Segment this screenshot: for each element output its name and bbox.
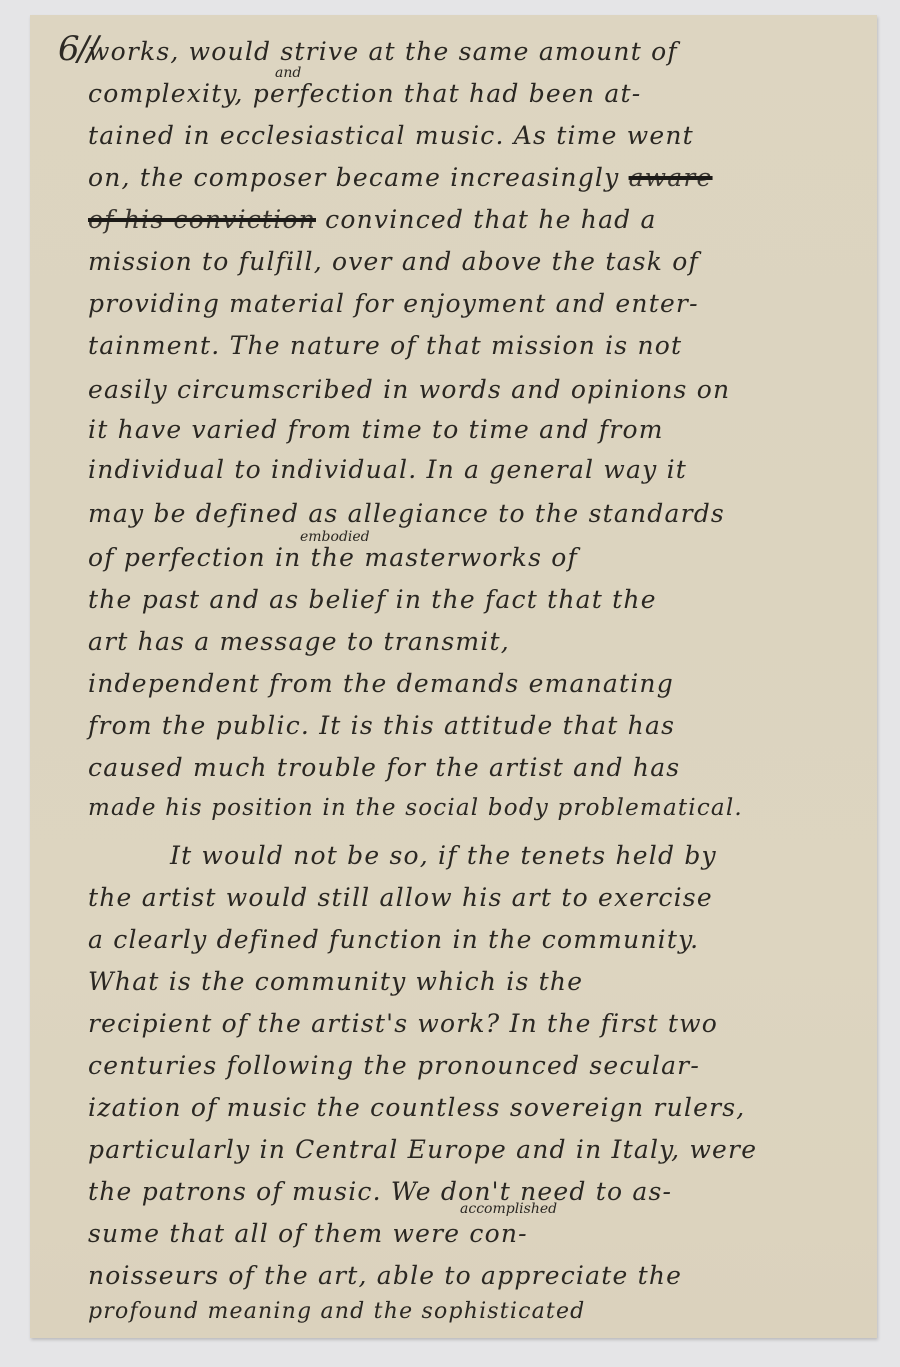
text-line: from the public. It is this attitude tha… [88,711,675,740]
text-line: made his position in the social body pro… [88,795,743,821]
text-line: recipient of the artist's work? In the f… [88,1009,718,1038]
line-text: complexity, perfection that had been at- [88,79,641,108]
line-text: on, the composer became increasingly [88,163,619,192]
text-line: individual to individual. In a general w… [88,455,687,484]
line-text: convinced that he had a [325,205,656,234]
manuscript-page: 6// works, would strive at the same amou… [30,15,877,1338]
text-line: noisseurs of the art, able to appreciate… [88,1261,682,1290]
text-line: What is the community which is the [88,967,583,996]
text-line: centuries following the pronounced secul… [88,1051,700,1080]
text-line: caused much trouble for the artist and h… [88,753,680,782]
deleted-phrase: of his conviction [88,205,316,234]
text-line: sume that all of them were con- [88,1219,528,1248]
text-line: the past and as belief in the fact that … [88,585,657,614]
text-line: complexity, perfection that had been at- [88,79,641,108]
text-line: art has a message to transmit, [88,627,510,656]
text-line: tained in ecclesiastical music. As time … [88,121,694,150]
text-line: profound meaning and the sophisticated [88,1299,585,1324]
text-line: the artist would still allow his art to … [88,883,713,912]
text-line: works, would strive at the same amount o… [88,37,678,66]
text-line: mission to fulfill, over and above the t… [88,247,699,276]
text-line: easily circumscribed in words and opinio… [88,375,730,404]
text-line: of his conviction convinced that he had … [88,205,657,234]
text-line: may be defined as allegiance to the stan… [88,499,725,528]
text-line: it have varied from time to time and fro… [88,415,664,444]
text-line: ization of music the countless sovereign… [88,1093,745,1122]
deleted-word: aware [629,163,713,192]
text-line: particularly in Central Europe and in It… [88,1135,757,1164]
text-line: providing material for enjoyment and ent… [88,289,699,318]
text-line: independent from the demands emanating [88,669,674,698]
text-line: a clearly defined function in the commun… [88,925,699,954]
text-line: tainment. The nature of that mission is … [88,331,682,360]
text-line: on, the composer became increasingly awa… [88,163,713,192]
text-line: It would not be so, if the tenets held b… [170,841,717,870]
text-line: the patrons of music. We don't need to a… [88,1177,672,1206]
insertion-accomplished: accomplished [460,1201,557,1217]
text-line: of perfection in the masterworks of [88,543,578,572]
